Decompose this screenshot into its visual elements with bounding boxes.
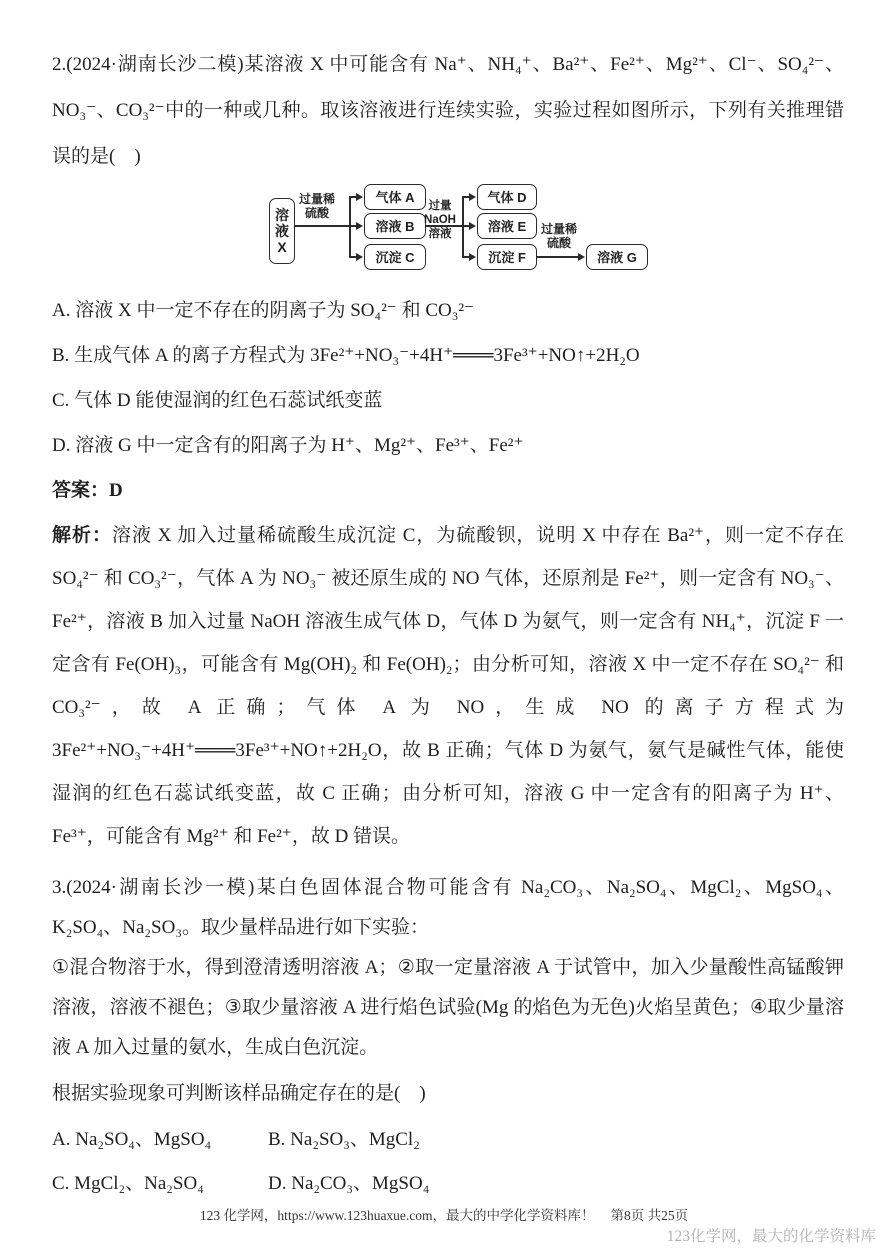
q3-block: 3.(2024·湖南长沙一模)某白色固体混合物可能含有 Na₂CO₃、Na₂SO… bbox=[52, 868, 844, 1206]
q3-option-d: D. Na₂CO₃、MgSO₄ bbox=[268, 1162, 568, 1206]
watermark: 123化学网，最大的化学资料库 bbox=[667, 1224, 876, 1246]
diagram-box-solution-e: 溶液 E bbox=[477, 213, 537, 239]
diagram-reagent-label-3: 过量稀 硫酸 bbox=[531, 222, 587, 250]
answer-label: 答案： bbox=[52, 480, 109, 501]
diagram-reagent-label-2: 过量 NaOH 溶液 bbox=[418, 199, 462, 241]
footer-page-number: 第8页 共25页 bbox=[611, 1208, 689, 1223]
q3-option-c: C. MgCl₂、Na₂SO₄ bbox=[52, 1162, 268, 1206]
q2-option-b: B. 生成气体 A 的离子方程式为 3Fe²⁺+NO₃⁻+4H⁺═══3Fe³⁺… bbox=[52, 333, 844, 378]
diagram-reagent-label-1: 过量稀 硫酸 bbox=[287, 192, 347, 220]
q2-stem: 2.(2024·湖南长沙二模)某溶液 X 中可能含有 Na⁺、NH₄⁺、Ba²⁺… bbox=[52, 42, 844, 180]
arrow-right-icon bbox=[356, 253, 363, 261]
diagram-box-gas-d: 气体 D bbox=[477, 184, 537, 210]
q2-flow-diagram: 溶 液 X 过量稀 硫酸 气体 A 溶液 B 沉淀 C 过量 NaOH 溶液 bbox=[245, 184, 655, 280]
answer-value: D bbox=[109, 480, 123, 501]
q3-option-a: A. Na₂SO₄、MgSO₄ bbox=[52, 1118, 268, 1162]
analysis-text: 溶液 X 加入过量稀硫酸生成沉淀 C，为硫酸钡，说明 X 中存在 Ba²⁺，则一… bbox=[52, 525, 844, 847]
connector-line bbox=[537, 256, 578, 258]
q3-experiments: ①混合物溶于水，得到澄清透明溶液 A；②取一定量溶液 A 于试管中，加入少量酸性… bbox=[52, 948, 844, 1068]
arrow-right-icon bbox=[356, 222, 363, 230]
arrow-right-icon bbox=[469, 222, 476, 230]
diagram-box-precipitate-c: 沉淀 C bbox=[364, 244, 426, 270]
arrow-right-icon bbox=[578, 253, 585, 261]
connector-line bbox=[462, 196, 464, 258]
diagram-box-precipitate-f: 沉淀 F bbox=[477, 244, 537, 270]
q2-option-c: C. 气体 D 能使湿润的红色石蕊试纸变蓝 bbox=[52, 378, 844, 423]
arrow-right-icon bbox=[356, 193, 363, 201]
footer-site-info: 123 化学网，https://www.123huaxue.com，最大的中学化… bbox=[200, 1208, 595, 1223]
q2-analysis: 解析：溶液 X 加入过量稀硫酸生成沉淀 C，为硫酸钡，说明 X 中存在 Ba²⁺… bbox=[52, 514, 844, 858]
diagram-box-gas-a: 气体 A bbox=[364, 184, 426, 210]
q3-stem: 3.(2024·湖南长沙一模)某白色固体混合物可能含有 Na₂CO₃、Na₂SO… bbox=[52, 868, 844, 948]
q2-option-d: D. 溶液 G 中一定含有的阳离子为 H⁺、Mg²⁺、Fe³⁺、Fe²⁺ bbox=[52, 423, 844, 468]
diagram-box-solution-g: 溶液 G bbox=[586, 244, 648, 270]
page-footer: 123 化学网，https://www.123huaxue.com，最大的中学化… bbox=[0, 1206, 888, 1226]
q2-answer-line: 答案：D bbox=[52, 468, 844, 514]
diagram-box-solution-b: 溶液 B bbox=[364, 213, 426, 239]
connector-line bbox=[349, 196, 351, 258]
q3-options: A. Na₂SO₄、MgSO₄ B. Na₂SO₃、MgCl₂ C. MgCl₂… bbox=[52, 1118, 844, 1206]
arrow-right-icon bbox=[469, 193, 476, 201]
q3-question: 根据实验现象可判断该样品确定存在的是( ) bbox=[52, 1072, 844, 1116]
q3-option-b: B. Na₂SO₃、MgCl₂ bbox=[268, 1118, 568, 1162]
arrow-right-icon bbox=[469, 253, 476, 261]
page: 2.(2024·湖南长沙二模)某溶液 X 中可能含有 Na⁺、NH₄⁺、Ba²⁺… bbox=[0, 0, 888, 1255]
connector-line bbox=[295, 225, 349, 227]
document-content: 2.(2024·湖南长沙二模)某溶液 X 中可能含有 Na⁺、NH₄⁺、Ba²⁺… bbox=[0, 0, 888, 1206]
analysis-label: 解析： bbox=[52, 525, 112, 546]
q2-option-a: A. 溶液 X 中一定不存在的阴离子为 SO₄²⁻ 和 CO₃²⁻ bbox=[52, 288, 844, 333]
